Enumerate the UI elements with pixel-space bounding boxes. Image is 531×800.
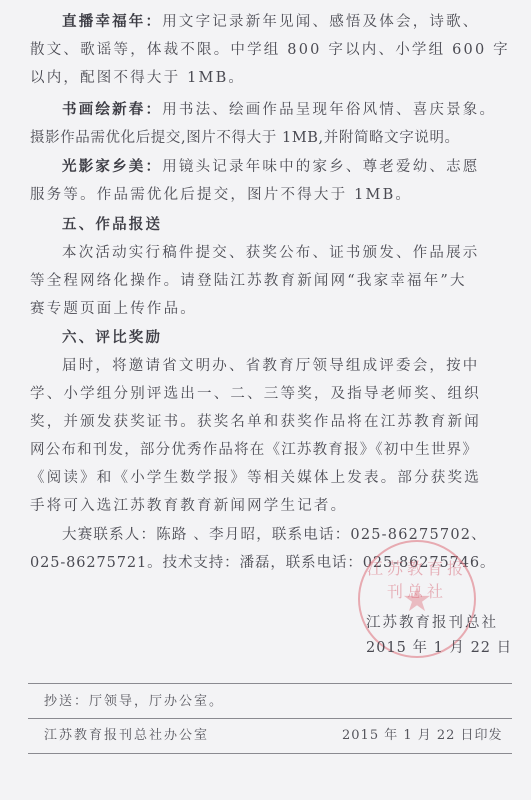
paragraph-2-line-1: 书画绘新春：用书法、绘画作品呈现年俗风情、喜庆景象。 (62, 100, 505, 120)
signature-organization: 江苏教育报刊总社 (366, 613, 498, 633)
contact-line-1: 大赛联系人：陈路 、李月昭，联系电话：025-86275702、 (62, 525, 505, 545)
footer-issue-date: 2015 年 1 月 22 日印发 (342, 727, 503, 745)
category-label-hometown-beauty: 光影家乡美： (62, 158, 162, 175)
paragraph-1-line-1: 直播幸福年：用文字记录新年见闻、感悟及体会，诗歌、 (62, 12, 505, 32)
document-page: 直播幸福年：用文字记录新年见闻、感悟及体会，诗歌、 散文、歌谣等，体裁不限。中学… (0, 0, 531, 800)
section-6-line-4: 网公布和刊发，部分优秀作品将在《江苏教育报》《初中生世界》 (30, 440, 505, 460)
signature-date: 2015 年 1 月 22 日 (366, 638, 512, 658)
paragraph-2-line-2: 摄影作品需优化后提交,图片不得大于 1MB,并附简略文字说明。 (30, 128, 505, 148)
section-5-heading: 五、作品报送 (62, 215, 505, 235)
section-6-line-2: 学、小学组分别评选出一、二、三等奖，及指导老师奖、组织 (30, 384, 505, 404)
section-5-line-3: 赛专题页面上传作品。 (30, 299, 505, 319)
section-5-line-1: 本次活动实行稿件提交、获奖公布、证书颁发、作品展示 (62, 243, 505, 263)
footer-divider-middle (28, 718, 512, 719)
paragraph-1-line-3: 以内，配图不得大于 1MB。 (30, 68, 505, 88)
footer-issuer: 江苏教育报刊总社办公室 (44, 727, 209, 745)
section-6-line-3: 奖，并颁发获奖证书。获奖名单和获奖作品将在江苏教育新闻 (30, 412, 505, 432)
section-5-line-2: 等全程网络化操作。请登陆江苏教育新闻网“我家幸福年”大 (30, 271, 505, 291)
section-6-heading: 六、评比奖励 (62, 328, 505, 348)
paragraph-1-line-2: 散文、歌谣等，体裁不限。中学组 800 字以内、小学组 600 字 (30, 40, 505, 60)
paragraph-3-line-1: 光影家乡美：用镜头记录年味中的家乡、尊老爱幼、志愿 (62, 157, 505, 177)
category-label-live-happy-new-year: 直播幸福年： (62, 13, 162, 30)
section-6-line-5: 《阅读》和《小学生数学报》等相关媒体上发表。部分获奖选 (30, 468, 505, 488)
category-label-calligraphy-painting: 书画绘新春： (62, 101, 162, 118)
paragraph-3-line-2: 服务等。作品需优化后提交，图片不得大于 1MB。 (30, 185, 505, 205)
section-6-line-1: 届时，将邀请省文明办、省教育厅领导组成评委会，按中 (62, 356, 505, 376)
section-6-line-6: 手将可入选江苏教育教育新闻网学生记者。 (30, 496, 505, 516)
footer-divider-top (28, 683, 512, 684)
footer-cc: 抄送：厅领导，厅办公室。 (44, 693, 224, 711)
footer-divider-bottom (28, 753, 512, 754)
